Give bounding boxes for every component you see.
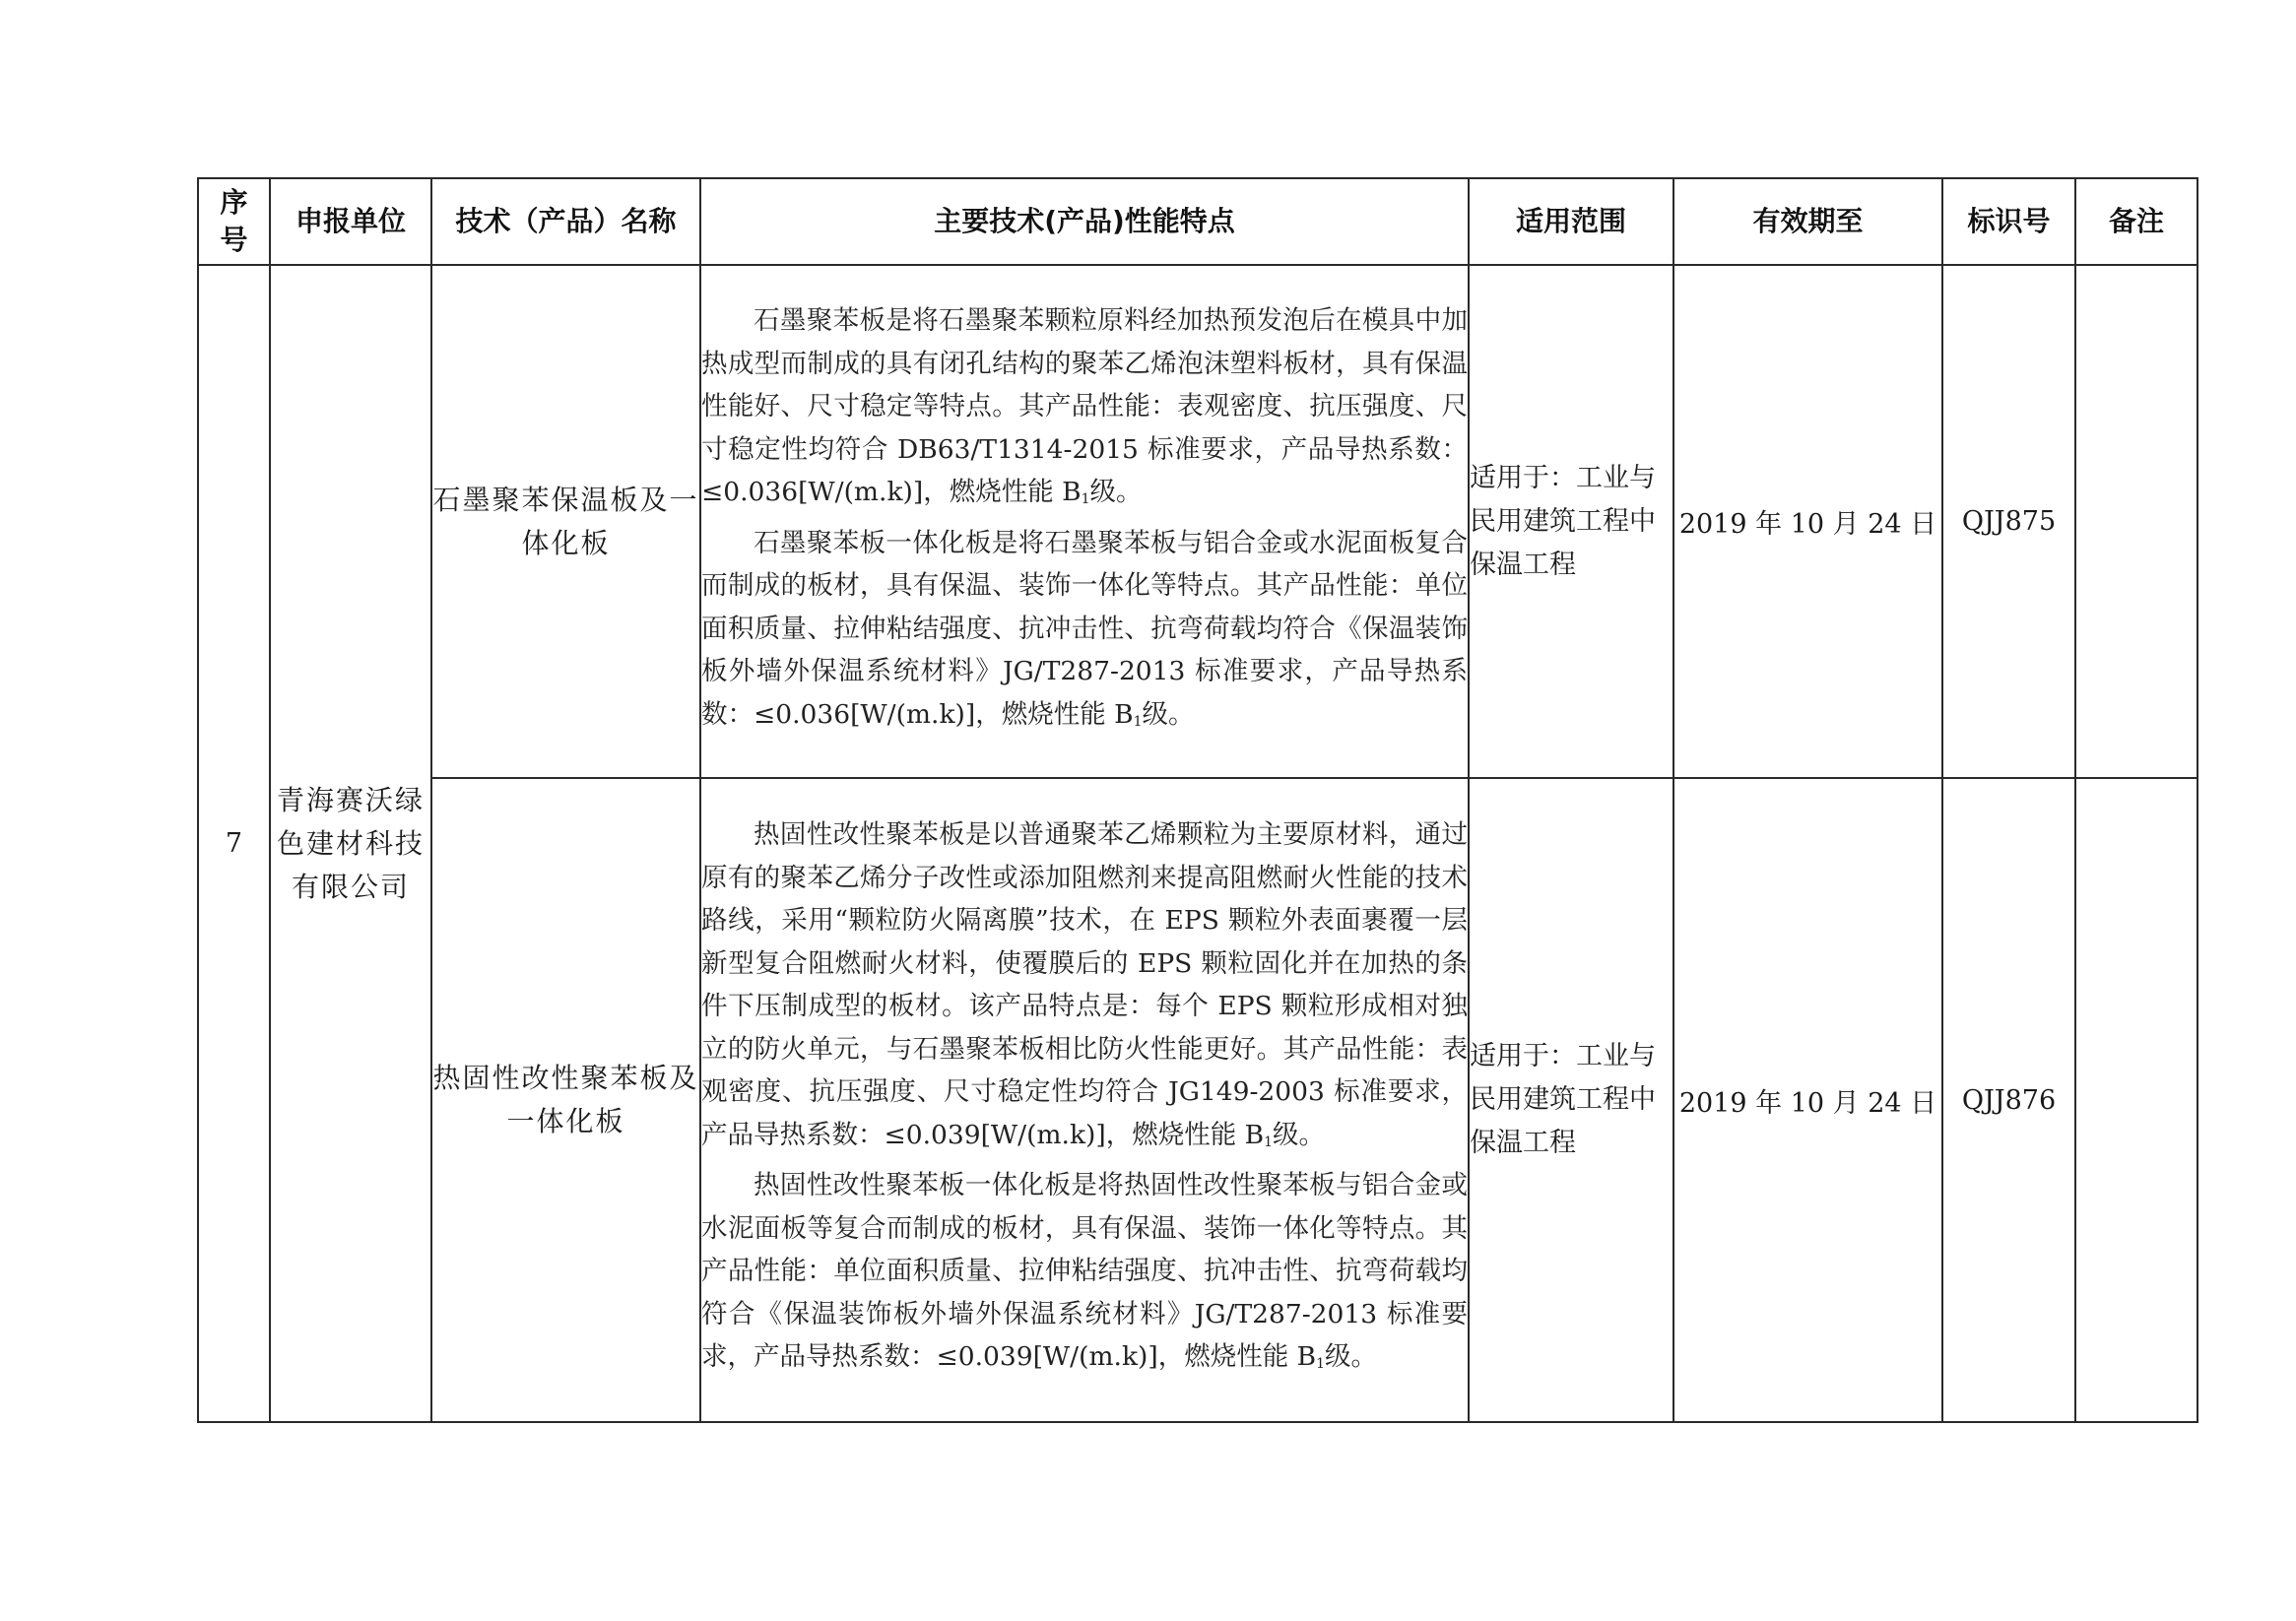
feature-text: 热固性改性聚苯板是以普通聚苯乙烯颗粒为主要原材料，通过原有的聚苯乙烯分子改性或添…: [701, 819, 1468, 1150]
feature-paragraph: 石墨聚苯板一体化板是将石墨聚苯板与铝合金或水泥面板复合而制成的板材，具有保温、装…: [701, 522, 1468, 745]
feature-paragraph: 热固性改性聚苯板是以普通聚苯乙烯颗粒为主要原材料，通过原有的聚苯乙烯分子改性或添…: [701, 813, 1468, 1164]
id-cell: QJJ876: [1942, 778, 2075, 1422]
header-id: 标识号: [1942, 178, 2075, 265]
header-seq-line2: 号: [199, 222, 269, 259]
feature-subscript: 1: [1316, 1356, 1325, 1372]
valid-until-cell: 2019 年 10 月 24 日: [1673, 265, 1942, 778]
product-name-cell: 石墨聚苯保温板及一体化板: [431, 265, 700, 778]
feature-text: 石墨聚苯板是将石墨聚苯颗粒原料经加热预发泡后在模具中加热成型而制成的具有闭孔结构…: [701, 305, 1468, 507]
header-unit: 申报单位: [270, 178, 431, 265]
unit-cell: 青海赛沃绿色建材科技有限公司: [270, 265, 431, 1422]
header-scope: 适用范围: [1469, 178, 1673, 265]
feature-paragraph: 热固性改性聚苯板一体化板是将热固性改性聚苯板与铝合金或水泥面板等复合而制成的板材…: [701, 1164, 1468, 1387]
feature-subscript: 1: [1264, 1135, 1273, 1150]
header-valid-until: 有效期至: [1673, 178, 1942, 265]
note-cell: [2075, 265, 2198, 778]
header-row: 序 号 申报单位 技术（产品）名称 主要技术(产品)性能特点 适用范围 有效期至…: [198, 178, 2198, 265]
valid-until-cell: 2019 年 10 月 24 日: [1673, 778, 1942, 1422]
feature-tail: 级。: [1090, 477, 1143, 507]
header-seq-line1: 序: [199, 184, 269, 222]
feature-tail: 级。: [1143, 699, 1195, 730]
feature-subscript: 1: [1082, 491, 1090, 507]
product-registry-table: 序 号 申报单位 技术（产品）名称 主要技术(产品)性能特点 适用范围 有效期至…: [197, 177, 2198, 1423]
product-name-cell: 热固性改性聚苯板及一体化板: [431, 778, 700, 1422]
feature-paragraph: 石墨聚苯板是将石墨聚苯颗粒原料经加热预发泡后在模具中加热成型而制成的具有闭孔结构…: [701, 299, 1468, 522]
feature-tail: 级。: [1325, 1341, 1377, 1372]
header-note: 备注: [2075, 178, 2198, 265]
table-row: 7 青海赛沃绿色建材科技有限公司 石墨聚苯保温板及一体化板 石墨聚苯板是将石墨聚…: [198, 265, 2198, 778]
table-row: 热固性改性聚苯板及一体化板 热固性改性聚苯板是以普通聚苯乙烯颗粒为主要原材料，通…: [198, 778, 2198, 1422]
header-seq: 序 号: [198, 178, 270, 265]
features-cell: 热固性改性聚苯板是以普通聚苯乙烯颗粒为主要原材料，通过原有的聚苯乙烯分子改性或添…: [700, 778, 1469, 1422]
header-product-name: 技术（产品）名称: [431, 178, 700, 265]
id-cell: QJJ875: [1942, 265, 2075, 778]
features-cell: 石墨聚苯板是将石墨聚苯颗粒原料经加热预发泡后在模具中加热成型而制成的具有闭孔结构…: [700, 265, 1469, 778]
feature-tail: 级。: [1273, 1120, 1325, 1150]
header-features: 主要技术(产品)性能特点: [700, 178, 1469, 265]
seq-cell: 7: [198, 265, 270, 1422]
scope-cell: 适用于：工业与民用建筑工程中保温工程: [1469, 778, 1673, 1422]
feature-text: 石墨聚苯板一体化板是将石墨聚苯板与铝合金或水泥面板复合而制成的板材，具有保温、装…: [701, 528, 1468, 730]
note-cell: [2075, 778, 2198, 1422]
feature-subscript: 1: [1134, 714, 1143, 730]
document-page: 序 号 申报单位 技术（产品）名称 主要技术(产品)性能特点 适用范围 有效期至…: [0, 0, 2296, 1621]
scope-cell: 适用于：工业与民用建筑工程中保温工程: [1469, 265, 1673, 778]
